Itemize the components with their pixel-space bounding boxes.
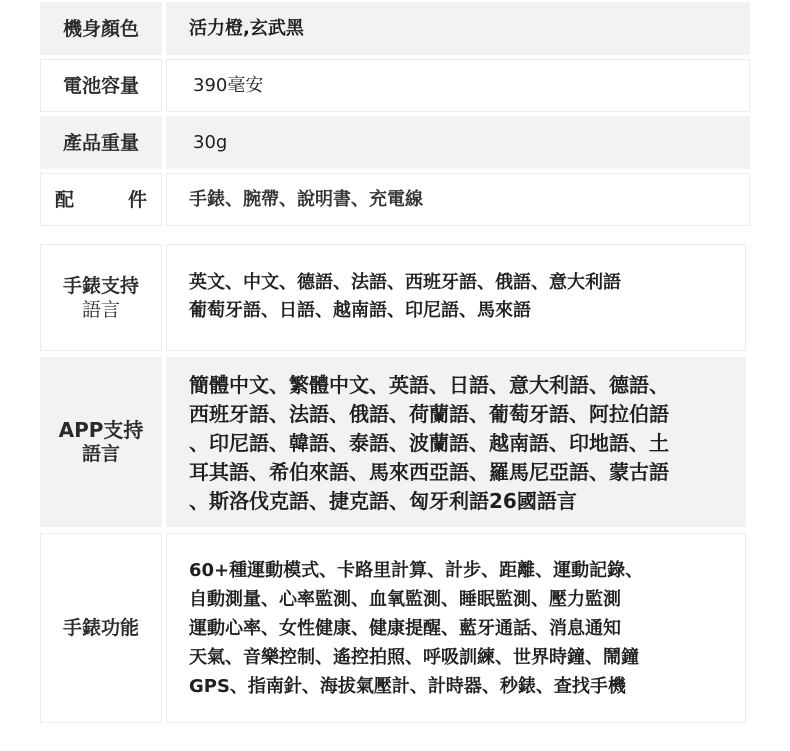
spec-value-line: 自動測量、心率監測、血氧監測、睡眠監測、壓力監測 <box>189 585 745 614</box>
spec-value-line: 西班牙語、法語、俄語、荷蘭語、葡萄牙語、阿拉伯語 <box>189 400 745 429</box>
spec-label: 手錶功能 <box>40 533 162 723</box>
spec-value-line: 、斯洛伐克語、捷克語、匈牙利語26國語言 <box>189 487 745 516</box>
spec-label: 產品重量 <box>40 116 162 169</box>
spec-label-part: 件 <box>128 188 147 212</box>
spec-label: APP支持 語言 <box>40 357 162 527</box>
spec-value-line: 60+種運動模式、卡路里計算、計步、距離、運動記錄、 <box>189 556 745 585</box>
spec-value-line: 葡萄牙語、日語、越南語、印尼語、馬來語 <box>189 297 745 325</box>
spec-label-line: APP支持 <box>59 418 144 442</box>
spec-value: 簡體中文、繁體中文、英語、日語、意大利語、德語、 西班牙語、法語、俄語、荷蘭語、… <box>166 357 746 527</box>
spec-label: 電池容量 <box>40 59 162 112</box>
spec-value: 手錶、腕帶、說明書、充電線 <box>166 173 750 226</box>
spec-value-line: 運動心率、女性健康、健康提醒、藍牙通話、消息通知 <box>189 614 745 643</box>
spec-value-line: GPS、指南針、海拔氣壓計、計時器、秒錶、查找手機 <box>189 672 745 701</box>
spec-row-weight: 產品重量 30g <box>40 116 750 169</box>
spec-label-line: 手錶支持 <box>63 274 139 298</box>
spec-label-line: 語言 <box>82 442 120 466</box>
spec-value: 30g <box>166 116 750 169</box>
spec-row-app-languages: APP支持 語言 簡體中文、繁體中文、英語、日語、意大利語、德語、 西班牙語、法… <box>40 357 746 527</box>
spec-value: 390毫安 <box>166 59 750 112</box>
spec-value-line: 簡體中文、繁體中文、英語、日語、意大利語、德語、 <box>189 371 745 400</box>
spec-value: 60+種運動模式、卡路里計算、計步、距離、運動記錄、 自動測量、心率監測、血氧監… <box>166 533 746 723</box>
spec-label: 手錶支持 語言 <box>40 244 162 351</box>
spec-label-line: 手錶功能 <box>63 616 139 640</box>
spec-value: 活力橙,玄武黑 <box>166 2 750 55</box>
spec-value: 英文、中文、德語、法語、西班牙語、俄語、意大利語 葡萄牙語、日語、越南語、印尼語… <box>166 244 746 351</box>
spec-label: 配 件 <box>40 173 162 226</box>
spec-row-watch-functions: 手錶功能 60+種運動模式、卡路里計算、計步、距離、運動記錄、 自動測量、心率監… <box>40 533 746 723</box>
spec-row-battery: 電池容量 390毫安 <box>40 59 750 112</box>
spec-value-line: 耳其語、希伯來語、馬來西亞語、羅馬尼亞語、蒙古語 <box>189 458 745 487</box>
spec-value-line: 英文、中文、德語、法語、西班牙語、俄語、意大利語 <box>189 269 745 297</box>
spec-row-accessories: 配 件 手錶、腕帶、說明書、充電線 <box>40 173 750 226</box>
spec-value-line: 天氣、音樂控制、遙控拍照、呼吸訓練、世界時鐘、鬧鐘 <box>189 643 745 672</box>
spec-row-watch-languages: 手錶支持 語言 英文、中文、德語、法語、西班牙語、俄語、意大利語 葡萄牙語、日語… <box>40 244 746 351</box>
spec-value-line: 、印尼語、韓語、泰語、波蘭語、越南語、印地語、土 <box>189 429 745 458</box>
spec-row-color: 機身顏色 活力橙,玄武黑 <box>40 2 750 55</box>
spec-label: 機身顏色 <box>40 2 162 55</box>
spec-label-line: 語言 <box>82 298 120 322</box>
spec-label-part: 配 <box>55 188 74 212</box>
